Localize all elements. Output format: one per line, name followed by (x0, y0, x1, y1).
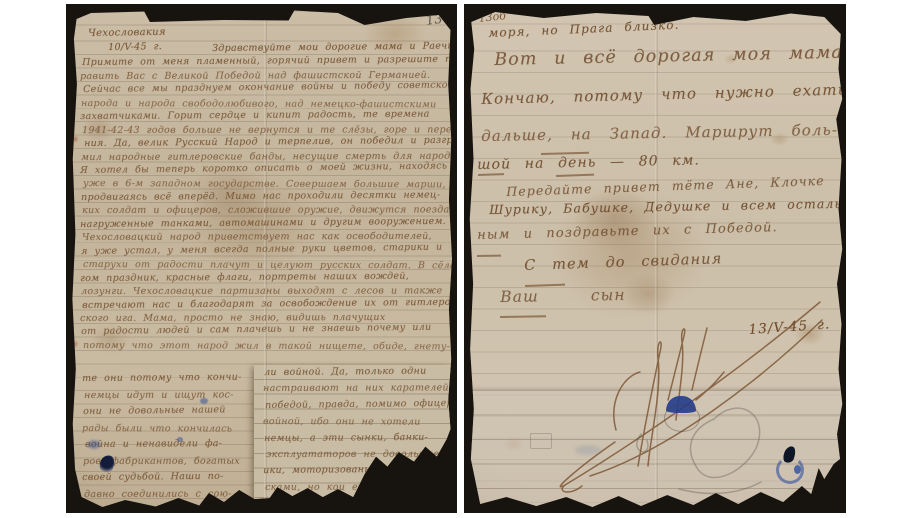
ink-underline (541, 152, 589, 155)
handwriting-line: захватчиками. Горит сердце и кипит радос… (80, 109, 430, 122)
ink-smudge (88, 440, 100, 449)
handwriting-line: Кончаю, потому что нужно ехать (481, 80, 847, 108)
ink-dot (177, 437, 183, 442)
handwriting-line: своей судьбой. Наши по- (82, 471, 224, 483)
handwriting-line: немцы идут и ищут кос- (84, 389, 234, 401)
handwriting-line: гом праздник, красные флаги, портреты на… (80, 270, 409, 283)
fold-crease-horizontal (72, 259, 452, 261)
handwriting-line: Примите от меня пламенный, горячий приве… (82, 54, 473, 68)
handwriting-line: мил народные гитлеровские банды, несущие… (81, 150, 466, 162)
handwriting-line: лозунги. Чехословацкие партизаны выходят… (81, 285, 442, 297)
handwriting-line: Сейчас все мы празднуем окончание войны … (83, 80, 459, 96)
pencil-doodle (619, 394, 809, 509)
handwriting-line: я уже устал, у меня всегда полные руки ц… (81, 241, 442, 256)
letter-page-recto: 13 Чехословакия 10/V-45 г. Здравствуйте … (72, 9, 452, 509)
pencil-square-doodle (530, 433, 552, 449)
handwriting-line: встречают нас и благодарят за освобожден… (82, 296, 460, 310)
handwriting-line: ным и поздравьте их с Победой. (477, 220, 778, 243)
handwriting-line: рады были что кончилась (82, 423, 232, 435)
ink-smudge (575, 445, 601, 455)
handwriting-line: война и ненавидели фа- (85, 438, 222, 450)
handwriting-line: Передайте привет тёте Ане, Клочке (506, 173, 825, 199)
handwriting-line: Вот и всё дорогая моя мама. (494, 43, 850, 70)
handwriting-line: те они потому что кончи- (82, 372, 242, 384)
ink-dot (200, 398, 208, 404)
date-heading: 10/V-45 г. (108, 41, 162, 53)
ink-blot (98, 453, 117, 474)
handwriting-line: ния. Да, велик Русский Народ и терпелив,… (84, 135, 462, 149)
pencil-circle (664, 404, 700, 432)
letter-scan: 13 Чехословакия 10/V-45 г. Здравствуйте … (0, 0, 920, 518)
letter-page-verso: 13об моря, но Прага близко.Вот и всё дор… (469, 9, 843, 509)
handwriting-line: дальше, на Запад. Маршрут боль- (481, 121, 838, 145)
handwriting-line: моря, но Прага близко. (488, 18, 680, 40)
handwriting-line: шой на день — 80 км. (477, 152, 700, 173)
ink-dot (794, 465, 801, 474)
handwriting-line: ского ига. Мама, просто не знаю, видишь … (80, 312, 385, 324)
handwriting-line: от радости людей и сам плачешь и не знае… (81, 322, 431, 337)
handwriting-line: они не довольные нашей (83, 404, 226, 417)
ink-underline (477, 255, 501, 257)
greeting-line: Здравствуйте мои дорогие мама и Раечка! (212, 40, 463, 54)
handwriting-line: 1941-42-43 годов больше не вернутся и те… (82, 124, 485, 136)
ink-underline (556, 174, 594, 177)
handwriting-line: народа и народа свободолюбивого, над нем… (81, 98, 437, 110)
handwriting-line: Шурику, Бабушке, Дедушке и всем осталь- (489, 196, 848, 217)
handwriting-line: равить Вас с Великой Победой над фашистс… (80, 70, 430, 82)
handwriting-line: С тем до свидания (524, 251, 723, 274)
handwriting-line: старухи от радости плачут и целуют русск… (83, 259, 490, 271)
handwriting-line: нагруженные танками, автомашинами и друг… (80, 216, 446, 230)
ink-underline (478, 173, 504, 175)
place-heading: Чехословакия (88, 27, 166, 39)
handwriting-line: продвигаясь всё вперёд. Мимо нас проходи… (81, 189, 440, 203)
handwriting-line: Чехословацкий народ приветствует нас как… (82, 231, 432, 243)
